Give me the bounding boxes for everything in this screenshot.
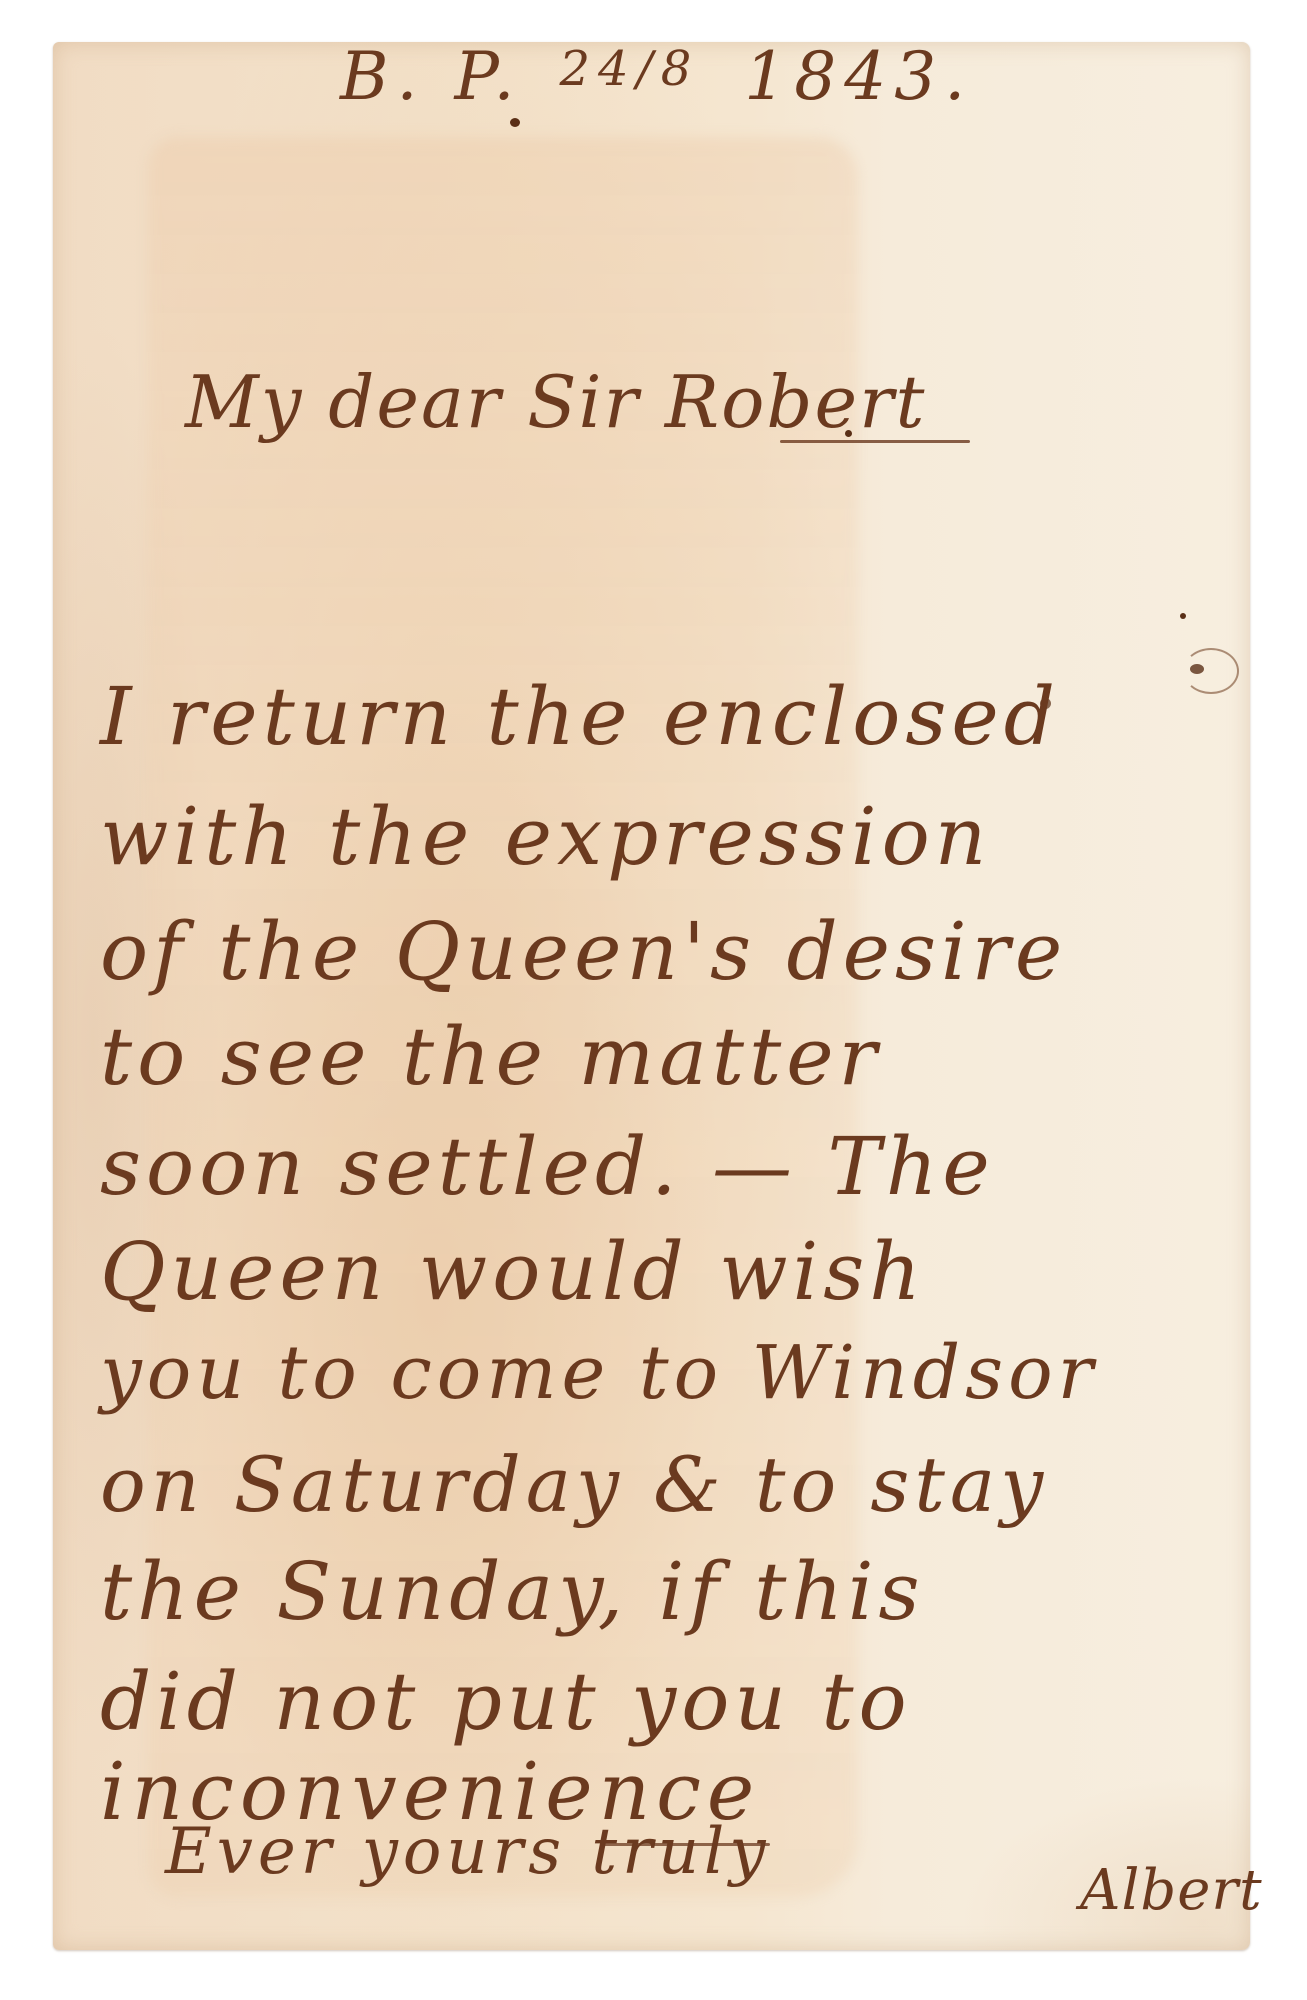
- salutation: My dear Sir Robert: [185, 360, 926, 444]
- letter-date-header: B. P. 24/8 1843.: [340, 38, 973, 115]
- circular-mark: [1183, 648, 1239, 694]
- body-line-8: on Saturday & to stay: [100, 1440, 1048, 1529]
- date-year: 1843.: [744, 38, 973, 115]
- body-line-4: to see the matter: [100, 1010, 882, 1103]
- body-line-6: Queen would wish: [100, 1225, 926, 1318]
- signature: Albert: [1080, 1858, 1263, 1923]
- body-line-9: the Sunday, if this: [100, 1545, 925, 1638]
- ink-dot: [1180, 613, 1186, 619]
- salutation-flourish: [780, 440, 970, 443]
- body-line-5: soon settled. — The: [100, 1120, 995, 1213]
- body-line-2: with the expression: [100, 790, 991, 883]
- place-abbreviation: B. P.: [340, 38, 522, 115]
- body-line-10: did not put you to: [100, 1655, 912, 1748]
- ink-blot: [510, 118, 520, 127]
- date-day-month: 24/8: [559, 41, 699, 97]
- body-line-7: you to come to Windsor: [100, 1330, 1098, 1416]
- body-line-1: I return the enclosed: [100, 670, 1060, 763]
- closing-line: Ever yours truly: [165, 1815, 771, 1889]
- body-line-3: of the Queen's desire: [100, 905, 1067, 998]
